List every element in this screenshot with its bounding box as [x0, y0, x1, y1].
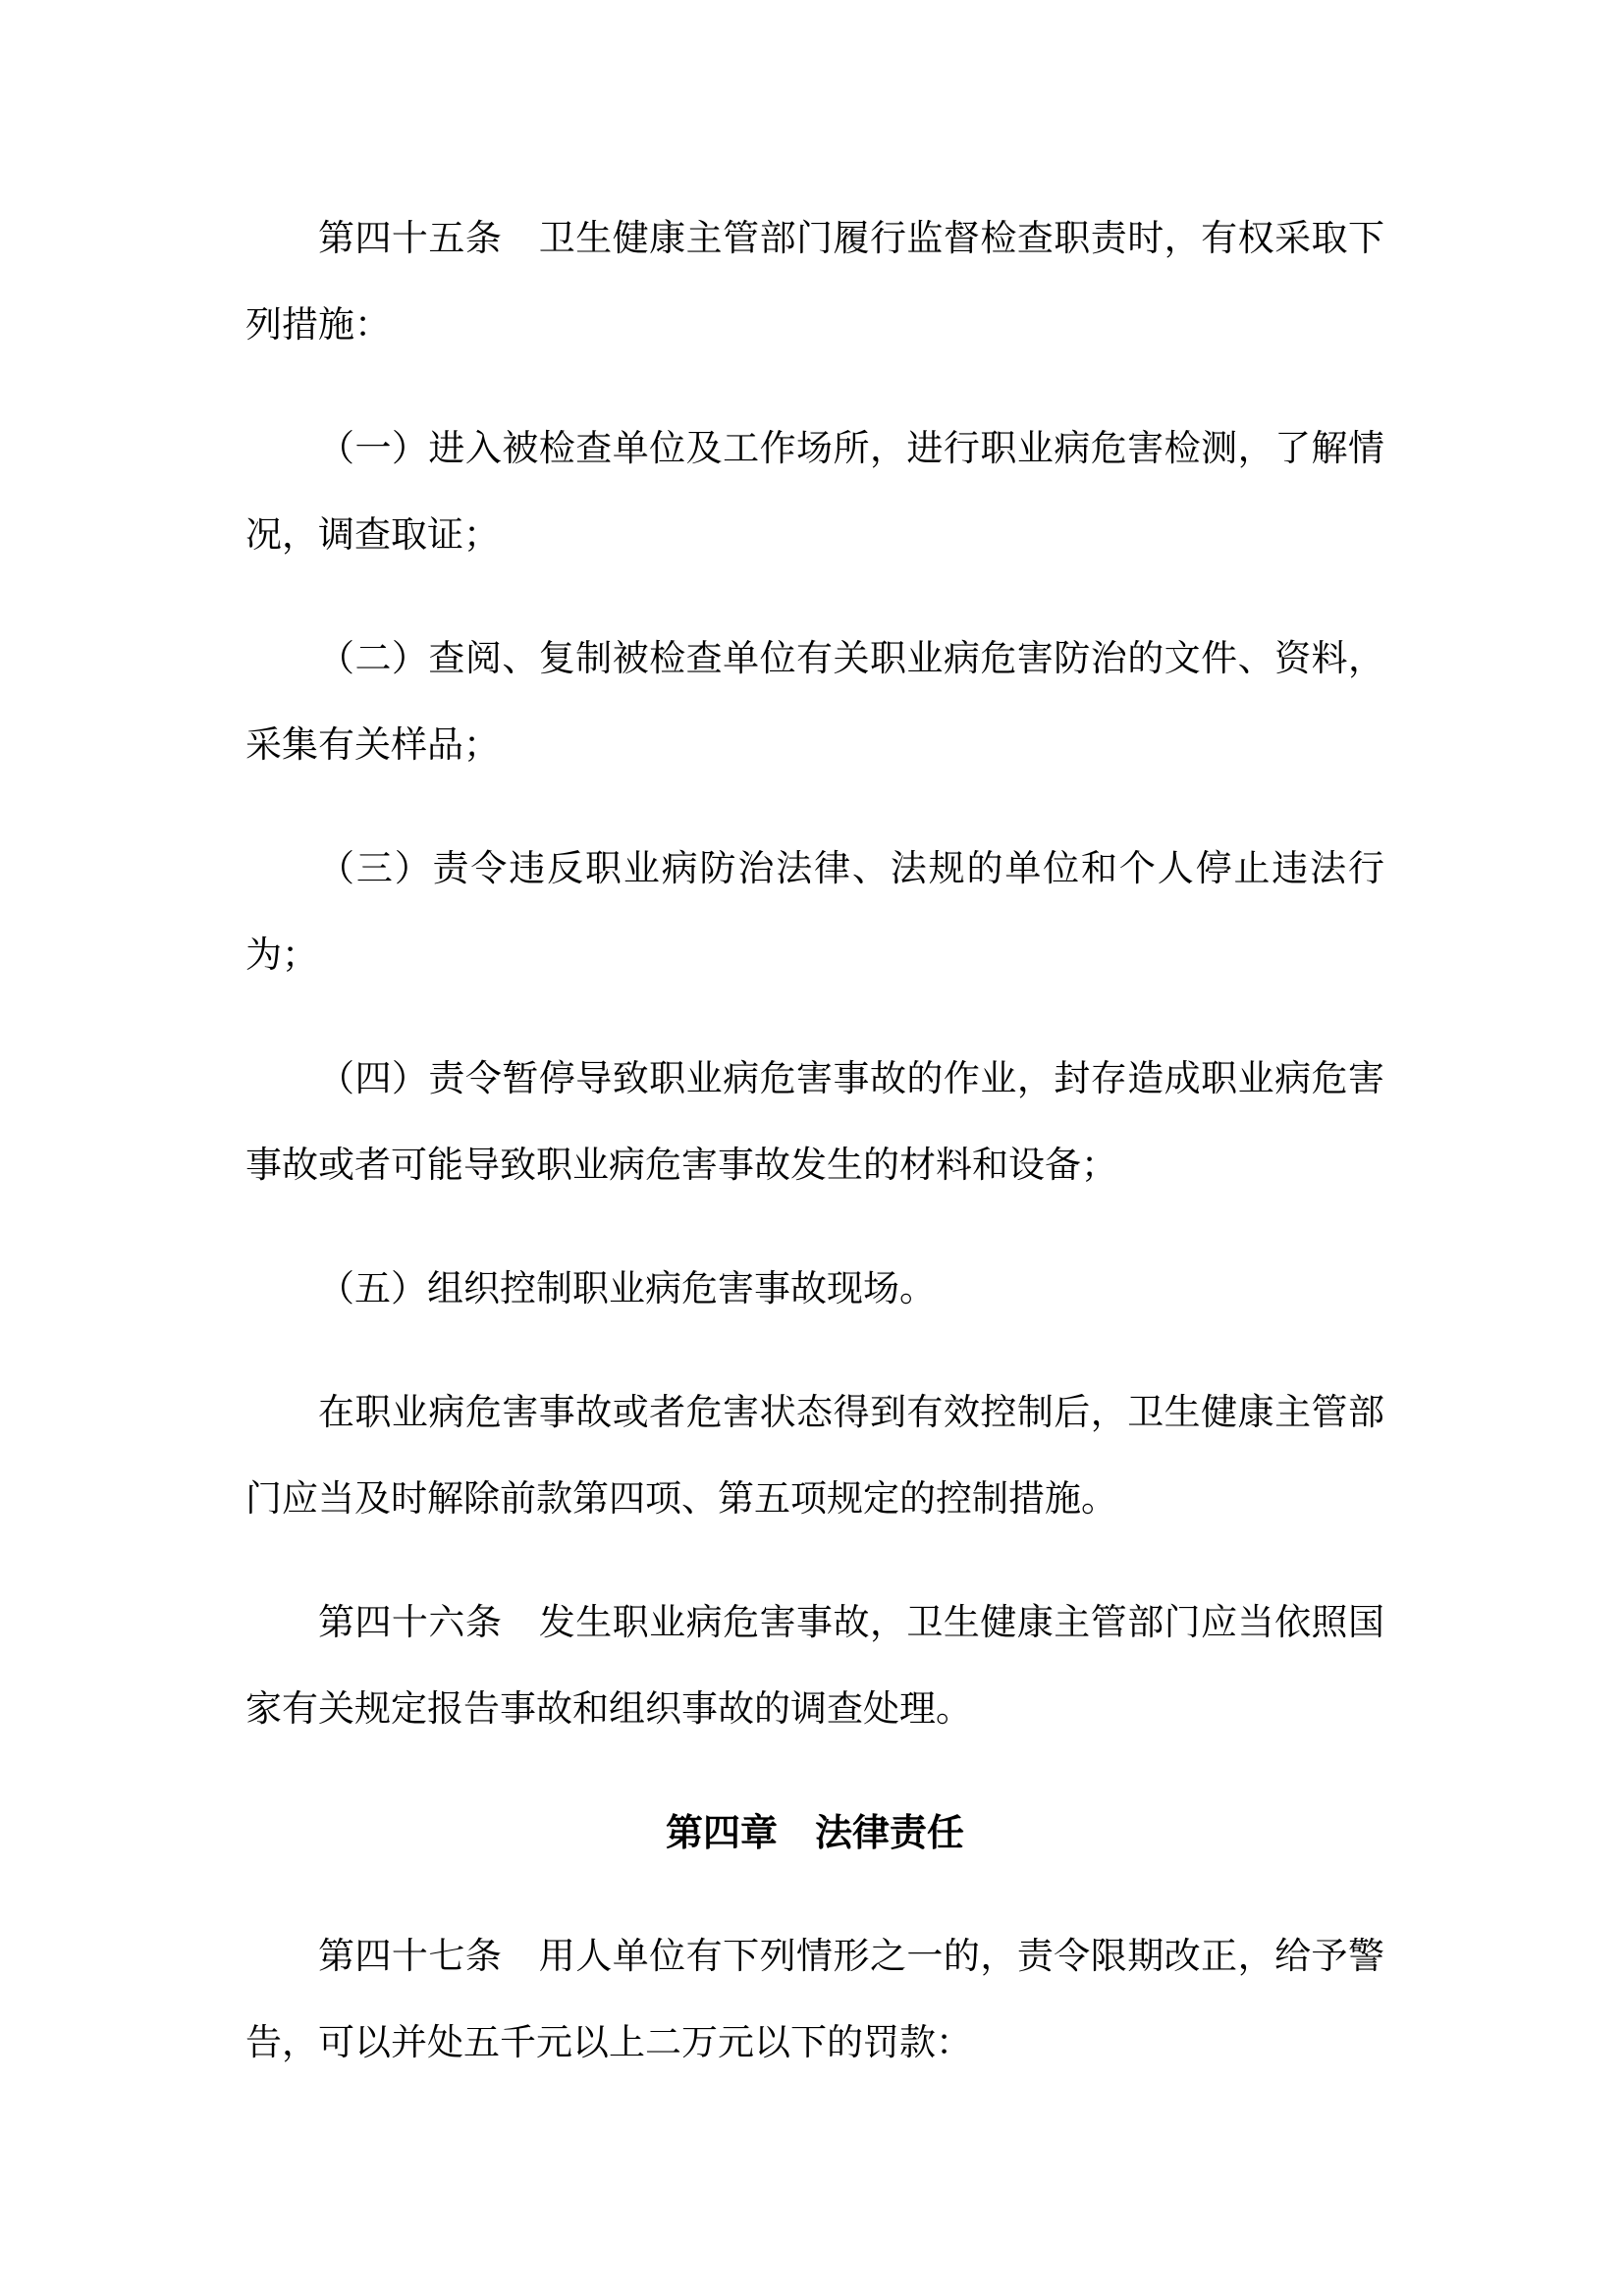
chapter-4-heading: 第四章 法律责任 [245, 1790, 1384, 1877]
paragraph-article-45-closing-clause: 在职业病危害事故或者危害状态得到有效控制后，卫生健康主管部门应当及时解除前款第四… [245, 1370, 1384, 1543]
paragraph-article-47-intro: 第四十七条 用人单位有下列情形之一的，责令限期改正，给予警告，可以并处五千元以上… [245, 1914, 1384, 2087]
document-page: 第四十五条 卫生健康主管部门履行监督检查职责时，有权采取下列措施： （一）进入被… [0, 0, 1624, 2296]
paragraph-article-46: 第四十六条 发生职业病危害事故，卫生健康主管部门应当依照国家有关规定报告事故和组… [245, 1580, 1384, 1753]
paragraph-article-45-item-2: （二）查阅、复制被检查单位有关职业病危害防治的文件、资料，采集有关样品； [245, 616, 1384, 789]
document-content: 第四十五条 卫生健康主管部门履行监督检查职责时，有权采取下列措施： （一）进入被… [245, 196, 1384, 2087]
paragraph-article-45-item-1: （一）进入被检查单位及工作场所，进行职业病危害检测，了解情况，调查取证； [245, 406, 1384, 579]
paragraph-article-45-item-4: （四）责令暂停导致职业病危害事故的作业，封存造成职业病危害事故或者可能导致职业病… [245, 1037, 1384, 1209]
paragraph-article-45-intro: 第四十五条 卫生健康主管部门履行监督检查职责时，有权采取下列措施： [245, 196, 1384, 369]
paragraph-article-45-item-5: （五）组织控制职业病危害事故现场。 [245, 1247, 1384, 1333]
paragraph-article-45-item-3: （三）责令违反职业病防治法律、法规的单位和个人停止违法行为； [245, 827, 1384, 999]
